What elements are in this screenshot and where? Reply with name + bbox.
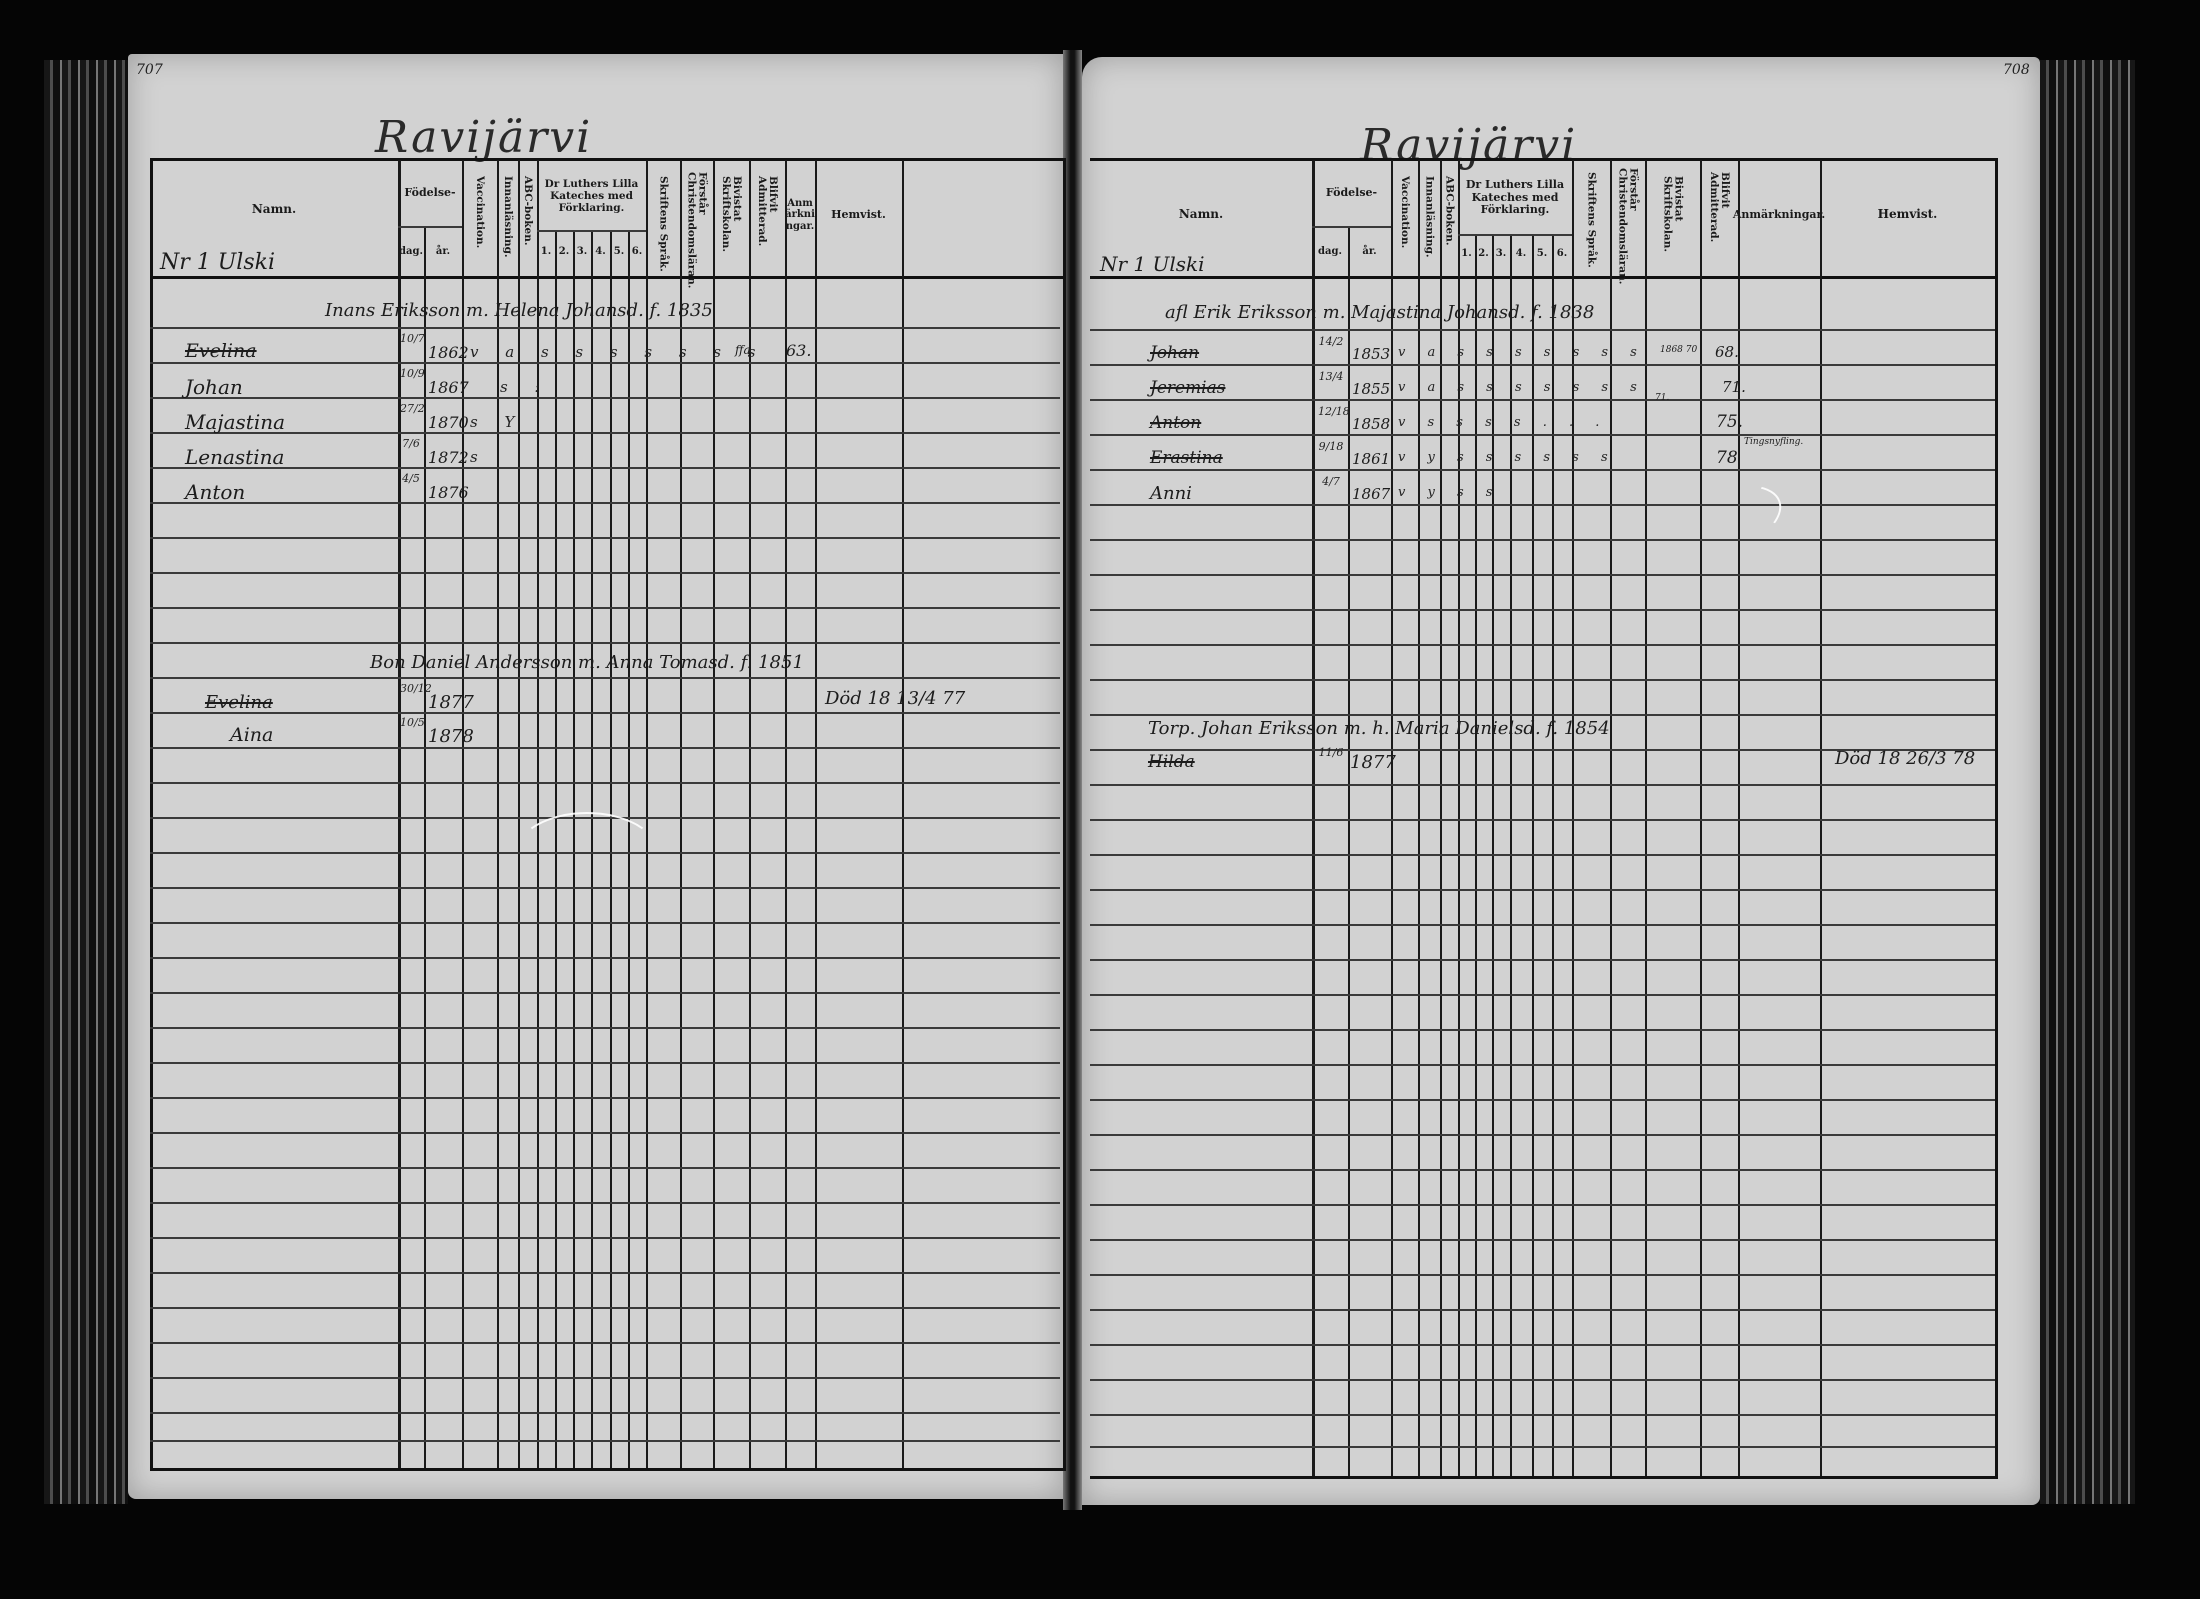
header-skriftens-sprak: Skriftens Språk. <box>1572 166 1610 274</box>
family-parents: afl Erik Eriksson m. Majastina Johansd. … <box>1165 302 1594 323</box>
death-note: Död 18 26/3 78 <box>1835 748 1975 769</box>
header-fodelse: Födelse- <box>1312 168 1391 218</box>
header-abc-boken: ABC-boken. <box>518 170 537 274</box>
homestead-label: Nr 1 Ulski <box>1100 252 1205 276</box>
header-vaccination: Vaccination. <box>1391 170 1418 274</box>
film-edge-right <box>2040 60 2135 1504</box>
right-page-number: 708 <box>2003 62 2030 78</box>
header-bivistat: Bivistat Skriftskolan. <box>713 170 749 274</box>
header-ar: år. <box>424 240 462 264</box>
header-abc-boken: ABC-boken. <box>1440 170 1458 274</box>
header-ar: år. <box>1348 240 1391 264</box>
header-forstar: Förstår Christendomsläran. <box>680 166 713 274</box>
family-parents: Torp. Johan Eriksson m. h. Maria Daniels… <box>1148 718 1610 739</box>
header-hemvist: Hemvist. <box>1820 200 1995 230</box>
header-dag: dag. <box>1312 240 1348 264</box>
header-hemvist: Hemvist. <box>815 200 902 230</box>
header-vaccination: Vaccination. <box>462 170 497 274</box>
header-luther: Dr Luthers Lilla Kateches med Förklaring… <box>1458 164 1572 232</box>
family-parents: Bon Daniel Andersson m. Anna Tomasd. f. … <box>370 652 804 673</box>
header-innanlasning: Innanläsning. <box>1418 170 1440 274</box>
header-anmarkningar: Anmärkningar. <box>1738 190 1820 240</box>
left-page-number: 707 <box>136 62 163 78</box>
header-fodelse: Födelse- <box>398 168 462 218</box>
header-anmarkningar: Anmärkningar. <box>785 190 815 240</box>
remark-note: Tingsnyfling. <box>1744 437 1803 447</box>
film-edge-left <box>44 60 128 1504</box>
death-note: Död 18 13/4 77 <box>825 688 965 709</box>
header-blifvit: Blifvit Admitterad. <box>749 170 785 274</box>
header-dag: dag. <box>398 240 424 264</box>
header-skriftens-sprak: Skriftens Språk. <box>646 170 680 274</box>
homestead-label: Nr 1 Ulski <box>160 250 275 275</box>
header-luther: Dr Luthers Lilla Kateches med Förklaring… <box>537 164 646 228</box>
header-namn: Namn. <box>150 190 398 230</box>
header-bivistat: Bivistat Skriftskolan. <box>1645 170 1700 274</box>
family-parents: Inans Eriksson m. Helena Johansd. f. 183… <box>325 300 713 321</box>
left-village-title: Ravijärvi <box>375 112 592 163</box>
header-innanlasning: Innanläsning. <box>497 170 518 274</box>
header-forstar: Förstår Christendomsläran. <box>1610 162 1645 274</box>
film-scratch <box>515 812 659 896</box>
header-namn: Namn. <box>1090 200 1312 230</box>
